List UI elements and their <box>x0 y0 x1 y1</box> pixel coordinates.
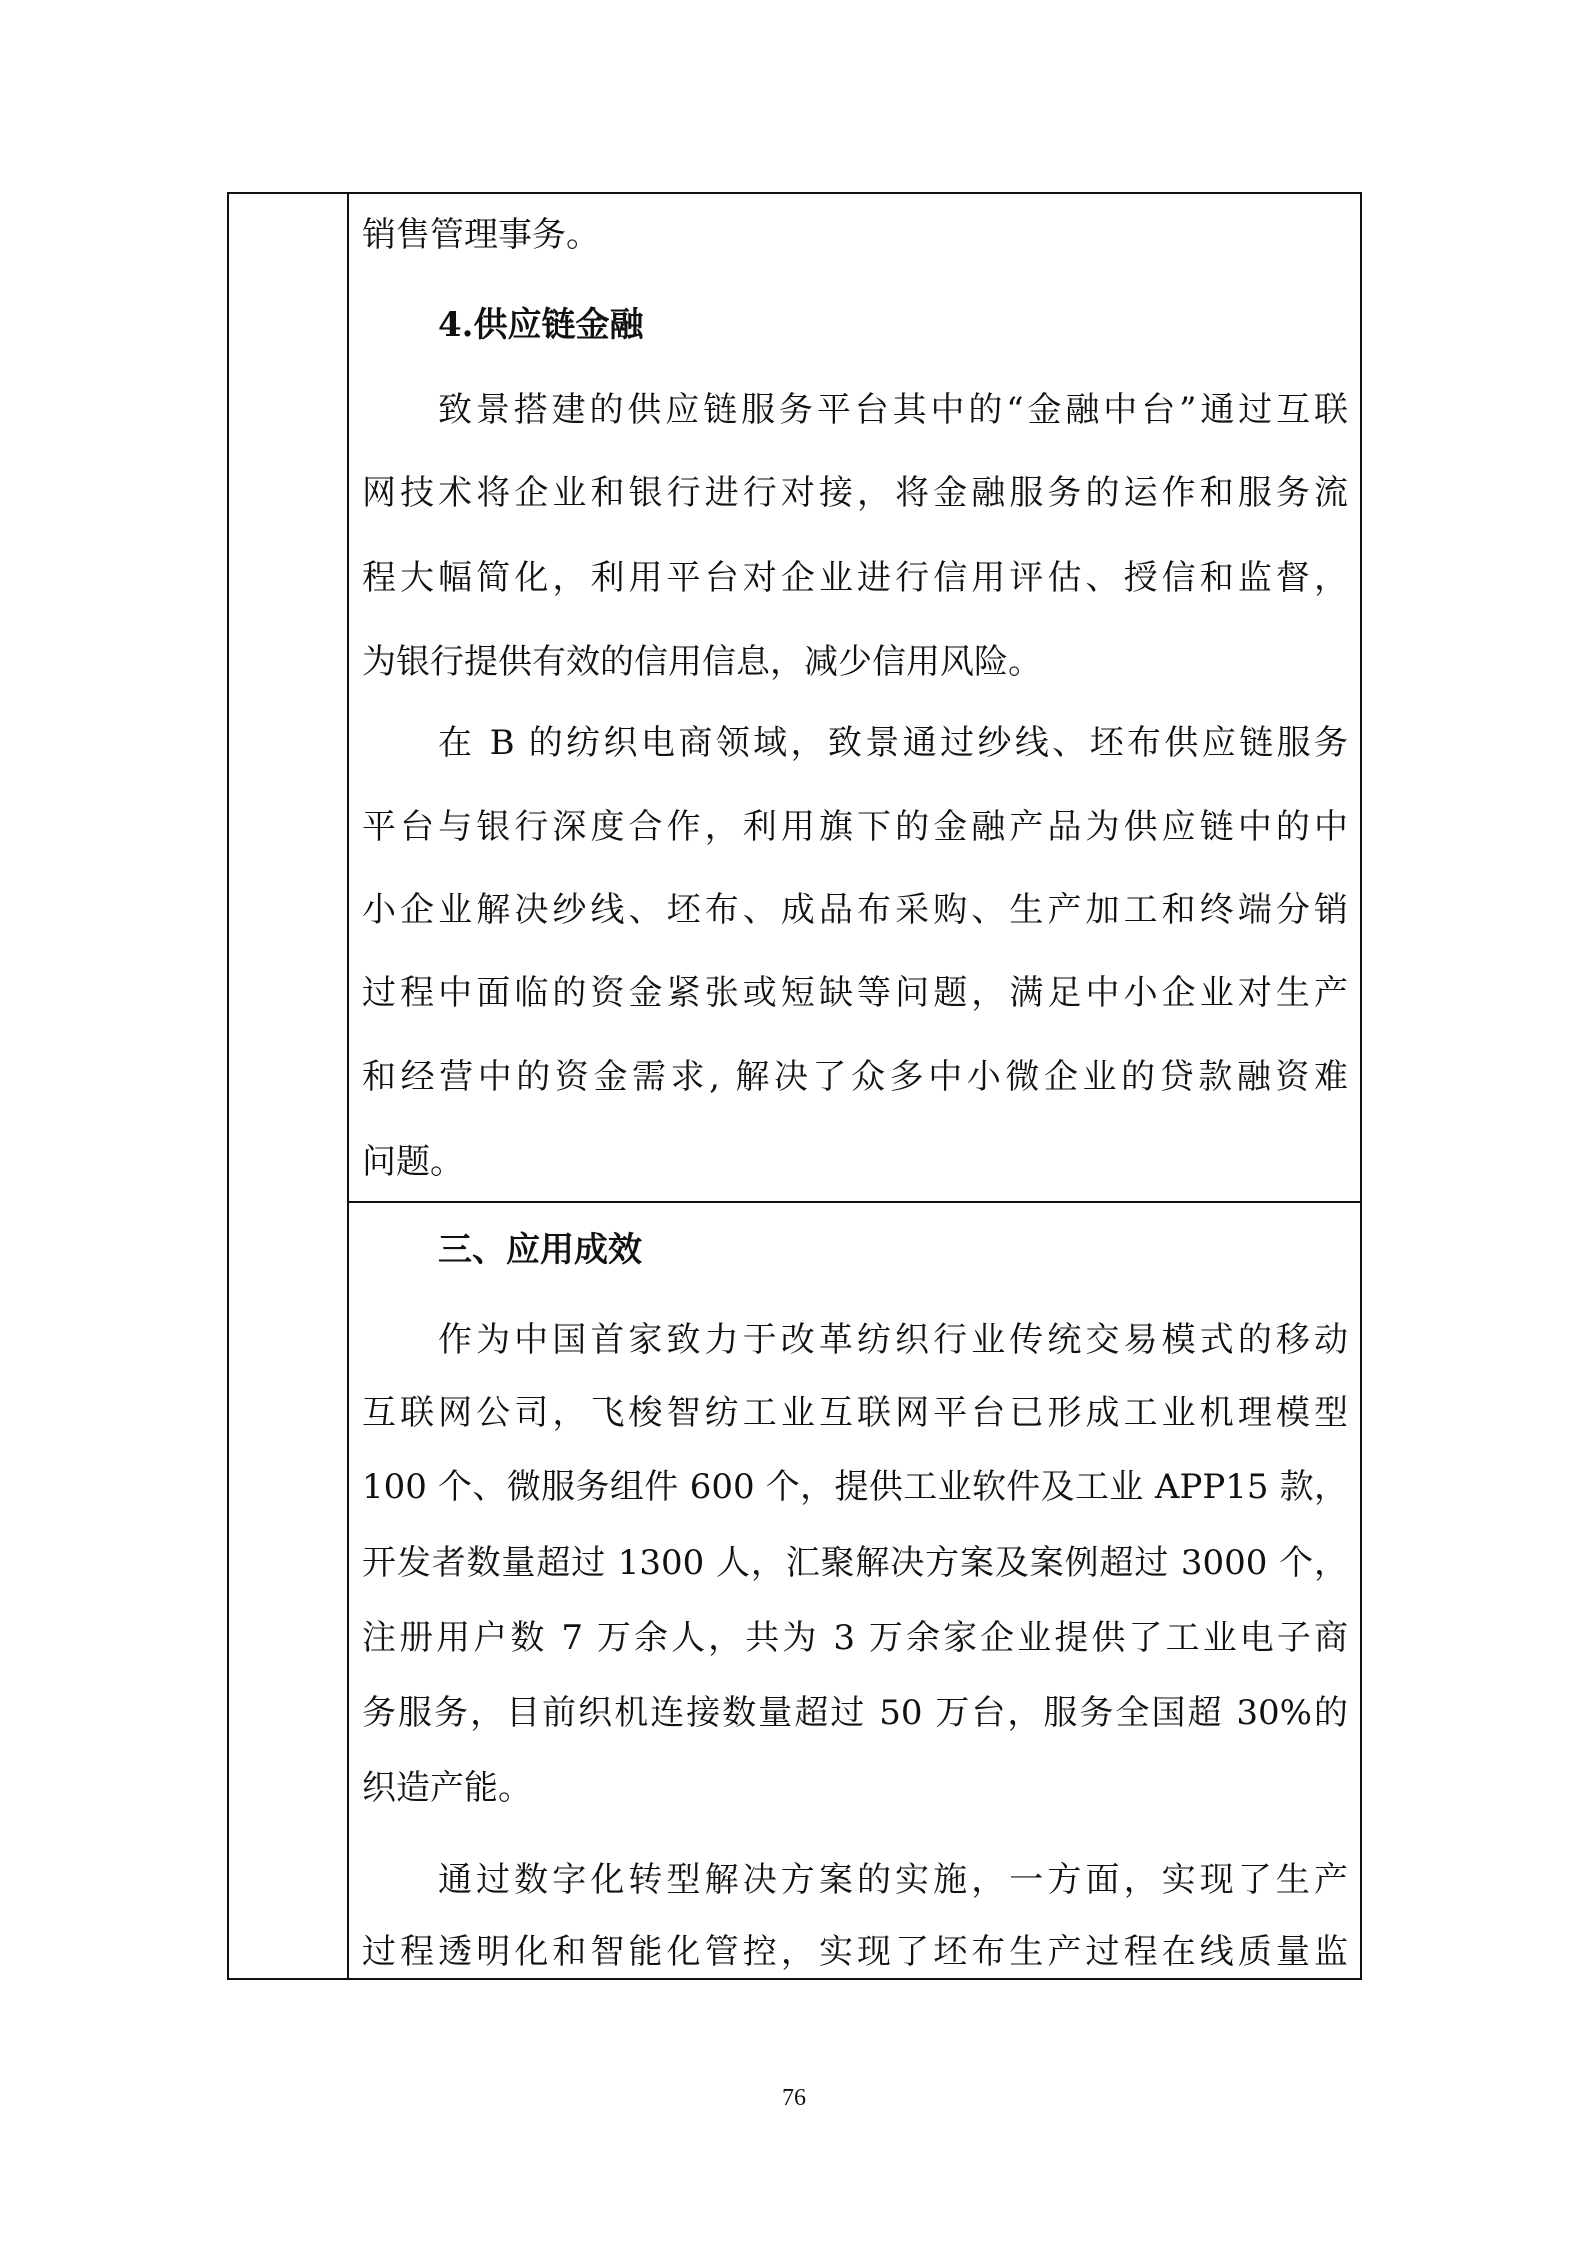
text-line: 织造产能。 <box>362 1768 1348 1808</box>
text-line: 务服务，目前织机连接数量超过 50 万台，服务全国超 30%的 <box>362 1693 1348 1733</box>
text-line: 小企业解决纱线、坯布、成品布采购、生产加工和终端分销 <box>362 890 1348 930</box>
text-line: 和经营中的资金需求, 解决了众多中小微企业的贷款融资难 <box>362 1057 1348 1097</box>
text-line: 过程中面临的资金紧张或短缺等问题，满足中小企业对生产 <box>362 973 1348 1013</box>
text-line: 为银行提供有效的信用信息，减少信用风险。 <box>362 642 1348 682</box>
page-number: 76 <box>744 2082 844 2114</box>
text-line: 开发者数量超过 1300 人，汇聚解决方案及案例超过 3000 个， <box>362 1543 1348 1583</box>
text-line: 程大幅简化，利用平台对企业进行信用评估、授信和监督， <box>362 558 1348 598</box>
text-line: 互联网公司，飞梭智纺工业互联网平台已形成工业机理模型 <box>362 1393 1348 1433</box>
text-line: 作为中国首家致力于改革纺织行业传统交易模式的移动 <box>438 1320 1348 1360</box>
text-line: 在 B 的纺织电商领域，致景通过纱线、坯布供应链服务 <box>438 723 1348 763</box>
column-divider <box>347 194 349 1978</box>
text-line: 平台与银行深度合作，利用旗下的金融产品为供应链中的中 <box>362 807 1348 847</box>
row-divider <box>347 1201 1360 1203</box>
text-line: 通过数字化转型解决方案的实施，一方面，实现了生产 <box>438 1860 1348 1900</box>
text-line: 过程透明化和智能化管控，实现了坯布生产过程在线质量监 <box>362 1932 1348 1972</box>
section-heading-supply-chain-finance: 4.供应链金融 <box>438 305 1348 345</box>
text-line: 销售管理事务。 <box>362 215 1348 255</box>
text-line: 网技术将企业和银行进行对接，将金融服务的运作和服务流 <box>362 473 1348 513</box>
text-line: 100 个、微服务组件 600 个，提供工业软件及工业 APP15 款， <box>362 1467 1348 1507</box>
text-line: 注册用户数 7 万余人，共为 3 万余家企业提供了工业电子商 <box>362 1618 1348 1658</box>
text-line: 致景搭建的供应链服务平台其中的“金融中台”通过互联 <box>438 390 1348 430</box>
section-heading-application-results: 三、应用成效 <box>438 1230 1348 1270</box>
text-line: 问题。 <box>362 1142 1348 1182</box>
